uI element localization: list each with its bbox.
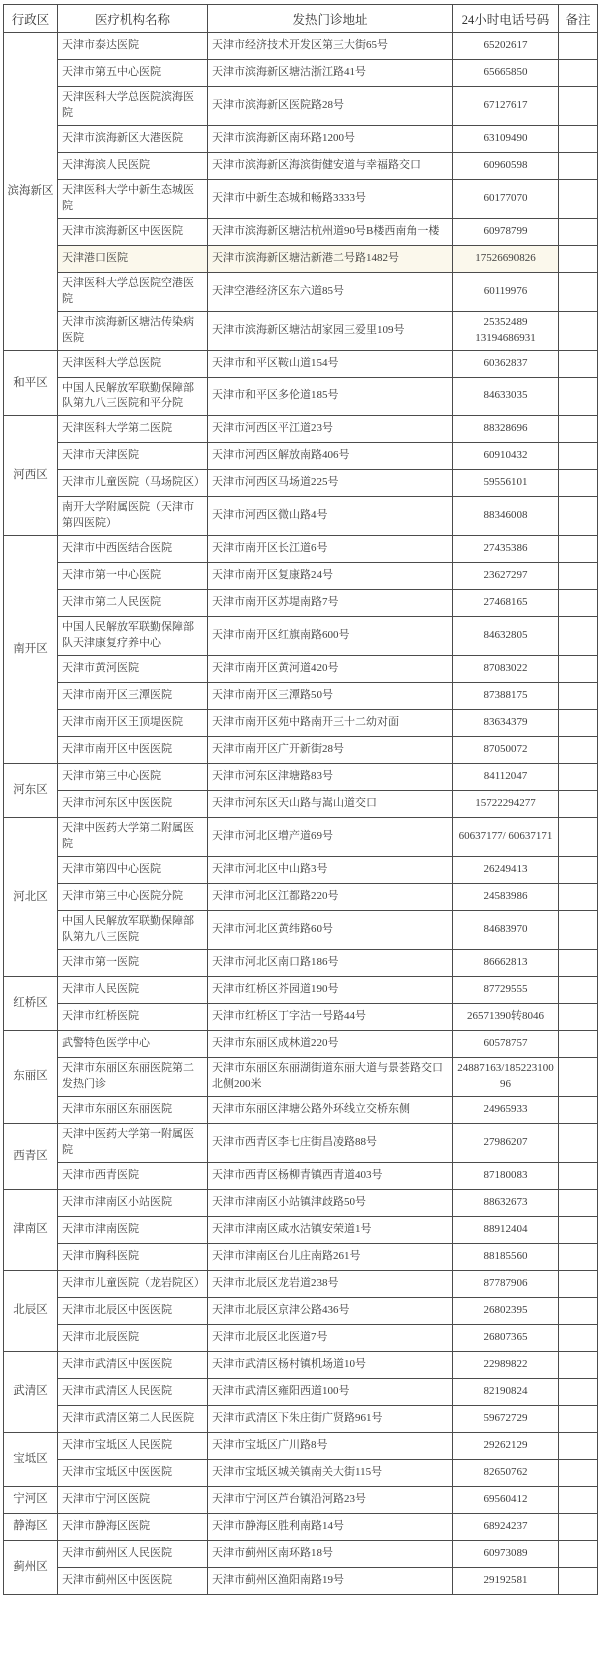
table-header-row: 行政区 医疗机构名称 发热门诊地址 24小时电话号码 备注 xyxy=(4,5,598,33)
hospital-row: 天津市滨海新区塘沽传染病医院天津市滨海新区塘沽胡家园三爱里109号2535248… xyxy=(4,311,598,350)
hospital-row: 天津市第一中心医院天津市南开区复康路24号23627297 xyxy=(4,563,598,590)
hospital-row: 天津市南开区中医医院天津市南开区广开新街28号87050072 xyxy=(4,737,598,764)
note-cell xyxy=(559,976,598,1003)
note-cell xyxy=(559,1189,598,1216)
phone-cell: 17526690826 xyxy=(453,245,559,272)
hospital-name-cell: 天津港口医院 xyxy=(58,245,208,272)
hospital-name-cell: 天津市第一中心医院 xyxy=(58,563,208,590)
hospital-name-cell: 天津市武清区第二人民医院 xyxy=(58,1405,208,1432)
hospital-row: 天津港口医院天津市滨海新区塘沽新港二号路1482号17526690826 xyxy=(4,245,598,272)
hospital-name-cell: 天津海滨人民医院 xyxy=(58,152,208,179)
note-cell xyxy=(559,1432,598,1459)
hospital-name-cell: 天津市宁河区医院 xyxy=(58,1486,208,1513)
phone-cell: 29192581 xyxy=(453,1567,559,1594)
address-cell: 天津市静海区胜利南路14号 xyxy=(208,1513,453,1540)
address-cell: 天津市滨海新区医院路28号 xyxy=(208,87,453,126)
note-cell xyxy=(559,1297,598,1324)
column-header-address: 发热门诊地址 xyxy=(208,5,453,33)
hospital-name-cell: 天津市第四中心医院 xyxy=(58,857,208,884)
address-cell: 天津市南开区苏堤南路7号 xyxy=(208,590,453,617)
phone-cell: 60362837 xyxy=(453,350,559,377)
note-cell xyxy=(559,1324,598,1351)
phone-cell: 27468165 xyxy=(453,590,559,617)
phone-cell: 26249413 xyxy=(453,857,559,884)
note-cell xyxy=(559,764,598,791)
note-cell xyxy=(559,1123,598,1162)
address-cell: 天津市河北区增产道69号 xyxy=(208,818,453,857)
hospital-name-cell: 天津市西青医院 xyxy=(58,1162,208,1189)
hospital-name-cell: 天津市第五中心医院 xyxy=(58,60,208,87)
address-cell: 天津市河西区平江道23号 xyxy=(208,416,453,443)
address-cell: 天津市河东区天山路与嵩山道交口 xyxy=(208,791,453,818)
hospital-row: 和平区天津医科大学总医院天津市和平区鞍山道154号60362837 xyxy=(4,350,598,377)
address-cell: 天津市西青区李七庄街昌凌路88号 xyxy=(208,1123,453,1162)
note-cell xyxy=(559,1243,598,1270)
fever-clinic-table: 行政区 医疗机构名称 发热门诊地址 24小时电话号码 备注 滨海新区天津市泰达医… xyxy=(3,4,598,1595)
hospital-row: 天津市东丽区东丽医院天津市东丽区津塘公路外环线立交桥东侧24965933 xyxy=(4,1096,598,1123)
phone-cell: 86662813 xyxy=(453,949,559,976)
note-cell xyxy=(559,470,598,497)
hospital-name-cell: 天津市胸科医院 xyxy=(58,1243,208,1270)
hospital-name-cell: 天津市津南医院 xyxy=(58,1216,208,1243)
hospital-name-cell: 南开大学附属医院（天津市第四医院） xyxy=(58,497,208,536)
hospital-row: 津南区天津市津南区小站医院天津市津南区小站镇津歧路50号88632673 xyxy=(4,1189,598,1216)
note-cell xyxy=(559,1096,598,1123)
district-cell: 滨海新区 xyxy=(4,33,58,351)
phone-cell: 84633035 xyxy=(453,377,559,416)
phone-cell: 60578757 xyxy=(453,1030,559,1057)
hospital-row: 西青区天津中医药大学第一附属医院天津市西青区李七庄街昌凌路88号27986207 xyxy=(4,1123,598,1162)
hospital-name-cell: 天津市津南区小站医院 xyxy=(58,1189,208,1216)
note-cell xyxy=(559,377,598,416)
note-cell xyxy=(559,683,598,710)
hospital-name-cell: 天津市红桥医院 xyxy=(58,1003,208,1030)
hospital-name-cell: 天津市第三中心医院 xyxy=(58,764,208,791)
hospital-row: 天津市第一医院天津市河北区南口路186号86662813 xyxy=(4,949,598,976)
note-cell xyxy=(559,884,598,911)
note-cell xyxy=(559,350,598,377)
phone-cell: 88912404 xyxy=(453,1216,559,1243)
address-cell: 天津市东丽区津塘公路外环线立交桥东侧 xyxy=(208,1096,453,1123)
note-cell xyxy=(559,590,598,617)
phone-cell: 88185560 xyxy=(453,1243,559,1270)
phone-cell: 87180083 xyxy=(453,1162,559,1189)
address-cell: 天津市津南区咸水沽镇安荣道1号 xyxy=(208,1216,453,1243)
phone-cell: 87729555 xyxy=(453,976,559,1003)
district-cell: 红桥区 xyxy=(4,976,58,1030)
phone-cell: 24583986 xyxy=(453,884,559,911)
note-cell xyxy=(559,710,598,737)
hospital-name-cell: 天津医科大学第二医院 xyxy=(58,416,208,443)
phone-cell: 84632805 xyxy=(453,617,559,656)
district-cell: 河西区 xyxy=(4,416,58,536)
address-cell: 天津市东丽区成林道220号 xyxy=(208,1030,453,1057)
address-cell: 天津市津南区小站镇津歧路50号 xyxy=(208,1189,453,1216)
hospital-name-cell: 天津市人民医院 xyxy=(58,976,208,1003)
hospital-row: 天津市天津医院天津市河西区解放南路406号60910432 xyxy=(4,443,598,470)
address-cell: 天津市经济技术开发区第三大街65号 xyxy=(208,33,453,60)
hospital-row: 宁河区天津市宁河区医院天津市宁河区芦台镇沿河路23号69560412 xyxy=(4,1486,598,1513)
hospital-name-cell: 天津中医药大学第二附属医院 xyxy=(58,818,208,857)
note-cell xyxy=(559,1540,598,1567)
address-cell: 天津市北辰区龙岩道238号 xyxy=(208,1270,453,1297)
phone-cell: 25352489 13194686931 xyxy=(453,311,559,350)
hospital-name-cell: 天津市武清区中医医院 xyxy=(58,1351,208,1378)
hospital-row: 天津医科大学中新生态城医院天津市中新生态城和畅路3333号60177070 xyxy=(4,179,598,218)
address-cell: 天津市南开区苑中路南开三十二幼对面 xyxy=(208,710,453,737)
phone-cell: 24965933 xyxy=(453,1096,559,1123)
address-cell: 天津市河北区南口路186号 xyxy=(208,949,453,976)
hospital-row: 天津市第四中心医院天津市河北区中山路3号26249413 xyxy=(4,857,598,884)
address-cell: 天津市河西区马场道225号 xyxy=(208,470,453,497)
phone-cell: 24887163/18522310096 xyxy=(453,1057,559,1096)
column-header-note: 备注 xyxy=(559,5,598,33)
address-cell: 天津市宝坻区广川路8号 xyxy=(208,1432,453,1459)
hospital-row: 天津市河东区中医医院天津市河东区天山路与嵩山道交口15722294277 xyxy=(4,791,598,818)
address-cell: 天津市西青区杨柳青镇西青道403号 xyxy=(208,1162,453,1189)
address-cell: 天津市南开区红旗南路600号 xyxy=(208,617,453,656)
phone-cell: 84683970 xyxy=(453,911,559,950)
note-cell xyxy=(559,152,598,179)
hospital-name-cell: 中国人民解放军联勤保障部队第九八三医院和平分院 xyxy=(58,377,208,416)
phone-cell: 27986207 xyxy=(453,1123,559,1162)
note-cell xyxy=(559,1003,598,1030)
district-cell: 静海区 xyxy=(4,1513,58,1540)
hospital-name-cell: 中国人民解放军联勤保障部队天津康复疗养中心 xyxy=(58,617,208,656)
note-cell xyxy=(559,1486,598,1513)
address-cell: 天津市和平区多伦道185号 xyxy=(208,377,453,416)
address-cell: 天津市河西区微山路4号 xyxy=(208,497,453,536)
phone-cell: 88346008 xyxy=(453,497,559,536)
hospital-row: 南开大学附属医院（天津市第四医院）天津市河西区微山路4号88346008 xyxy=(4,497,598,536)
hospital-row: 天津海滨人民医院天津市滨海新区海滨街健安道与幸福路交口60960598 xyxy=(4,152,598,179)
address-cell: 天津市滨海新区海滨街健安道与幸福路交口 xyxy=(208,152,453,179)
hospital-name-cell: 天津市第一医院 xyxy=(58,949,208,976)
district-cell: 东丽区 xyxy=(4,1030,58,1123)
phone-cell: 82190824 xyxy=(453,1378,559,1405)
hospital-row: 滨海新区天津市泰达医院天津市经济技术开发区第三大街65号65202617 xyxy=(4,33,598,60)
note-cell xyxy=(559,1567,598,1594)
address-cell: 天津市滨海新区塘沽新港二号路1482号 xyxy=(208,245,453,272)
note-cell xyxy=(559,1030,598,1057)
hospital-name-cell: 天津市泰达医院 xyxy=(58,33,208,60)
note-cell xyxy=(559,272,598,311)
phone-cell: 63109490 xyxy=(453,125,559,152)
address-cell: 天津市河北区中山路3号 xyxy=(208,857,453,884)
note-cell xyxy=(559,245,598,272)
note-cell xyxy=(559,33,598,60)
hospital-name-cell: 天津市南开区王顶堤医院 xyxy=(58,710,208,737)
phone-cell: 60177070 xyxy=(453,179,559,218)
phone-cell: 69560412 xyxy=(453,1486,559,1513)
hospital-row: 天津市滨海新区大港医院天津市滨海新区南环路1200号63109490 xyxy=(4,125,598,152)
phone-cell: 60119976 xyxy=(453,272,559,311)
phone-cell: 23627297 xyxy=(453,563,559,590)
hospital-name-cell: 天津市蓟州区中医医院 xyxy=(58,1567,208,1594)
note-cell xyxy=(559,1162,598,1189)
table-body: 滨海新区天津市泰达医院天津市经济技术开发区第三大街65号65202617天津市第… xyxy=(4,33,598,1595)
hospital-row: 天津市北辰医院天津市北辰区北医道7号26807365 xyxy=(4,1324,598,1351)
phone-cell: 83634379 xyxy=(453,710,559,737)
hospital-row: 天津市武清区人民医院天津市武清区雍阳西道100号82190824 xyxy=(4,1378,598,1405)
note-cell xyxy=(559,416,598,443)
hospital-row: 河西区天津医科大学第二医院天津市河西区平江道23号88328696 xyxy=(4,416,598,443)
note-cell xyxy=(559,87,598,126)
phone-cell: 67127617 xyxy=(453,87,559,126)
phone-cell: 60973089 xyxy=(453,1540,559,1567)
address-cell: 天津市河东区津塘路83号 xyxy=(208,764,453,791)
note-cell xyxy=(559,443,598,470)
phone-cell: 59672729 xyxy=(453,1405,559,1432)
address-cell: 天津市滨海新区南环路1200号 xyxy=(208,125,453,152)
hospital-row: 天津市胸科医院天津市津南区台儿庄南路261号88185560 xyxy=(4,1243,598,1270)
phone-cell: 65665850 xyxy=(453,60,559,87)
hospital-row: 蓟州区天津市蓟州区人民医院天津市蓟州区南环路18号60973089 xyxy=(4,1540,598,1567)
address-cell: 天津市河北区黄纬路60号 xyxy=(208,911,453,950)
district-cell: 蓟州区 xyxy=(4,1540,58,1594)
phone-cell: 68924237 xyxy=(453,1513,559,1540)
note-cell xyxy=(559,949,598,976)
phone-cell: 26802395 xyxy=(453,1297,559,1324)
note-cell xyxy=(559,497,598,536)
hospital-row: 天津市滨海新区中医医院天津市滨海新区塘沽杭州道90号B楼西南角一楼6097879… xyxy=(4,218,598,245)
hospital-row: 天津市红桥医院天津市红桥区丁字沽一号路44号26571390转8046 xyxy=(4,1003,598,1030)
address-cell: 天津市中新生态城和畅路3333号 xyxy=(208,179,453,218)
hospital-row: 中国人民解放军联勤保障部队天津康复疗养中心天津市南开区红旗南路600号84632… xyxy=(4,617,598,656)
hospital-row: 河北区天津中医药大学第二附属医院天津市河北区增产道69号60637177/ 60… xyxy=(4,818,598,857)
address-cell: 天津市南开区黄河道420号 xyxy=(208,656,453,683)
phone-cell: 88632673 xyxy=(453,1189,559,1216)
hospital-row: 天津市第二人民医院天津市南开区苏堤南路7号27468165 xyxy=(4,590,598,617)
hospital-name-cell: 天津市第三中心医院分院 xyxy=(58,884,208,911)
hospital-name-cell: 天津市河东区中医医院 xyxy=(58,791,208,818)
note-cell xyxy=(559,179,598,218)
note-cell xyxy=(559,656,598,683)
hospital-name-cell: 天津医科大学总医院 xyxy=(58,350,208,377)
hospital-row: 红桥区天津市人民医院天津市红桥区芥园道190号87729555 xyxy=(4,976,598,1003)
note-cell xyxy=(559,311,598,350)
note-cell xyxy=(559,1378,598,1405)
hospital-name-cell: 天津医科大学中新生态城医院 xyxy=(58,179,208,218)
address-cell: 天津市武清区杨村镇机场道10号 xyxy=(208,1351,453,1378)
hospital-row: 宝坻区天津市宝坻区人民医院天津市宝坻区广川路8号29262129 xyxy=(4,1432,598,1459)
note-cell xyxy=(559,563,598,590)
phone-cell: 87388175 xyxy=(453,683,559,710)
note-cell xyxy=(559,60,598,87)
hospital-name-cell: 天津市天津医院 xyxy=(58,443,208,470)
district-cell: 北辰区 xyxy=(4,1270,58,1351)
phone-cell: 22989822 xyxy=(453,1351,559,1378)
hospital-row: 中国人民解放军联勤保障部队第九八三医院天津市河北区黄纬路60号84683970 xyxy=(4,911,598,950)
address-cell: 天津市北辰区京津公路436号 xyxy=(208,1297,453,1324)
district-cell: 河北区 xyxy=(4,818,58,977)
note-cell xyxy=(559,911,598,950)
hospital-name-cell: 天津医科大学总医院空港医院 xyxy=(58,272,208,311)
phone-cell: 60637177/ 60637171 xyxy=(453,818,559,857)
address-cell: 天津市河西区解放南路406号 xyxy=(208,443,453,470)
note-cell xyxy=(559,617,598,656)
phone-cell: 87083022 xyxy=(453,656,559,683)
address-cell: 天津市滨海新区塘沽杭州道90号B楼西南角一楼 xyxy=(208,218,453,245)
note-cell xyxy=(559,125,598,152)
hospital-row: 天津市第三中心医院分院天津市河北区江都路220号24583986 xyxy=(4,884,598,911)
note-cell xyxy=(559,791,598,818)
note-cell xyxy=(559,737,598,764)
hospital-name-cell: 天津中医药大学第一附属医院 xyxy=(58,1123,208,1162)
address-cell: 天津市南开区广开新街28号 xyxy=(208,737,453,764)
hospital-name-cell: 天津市中西医结合医院 xyxy=(58,536,208,563)
hospital-name-cell: 天津市东丽区东丽医院第二发热门诊 xyxy=(58,1057,208,1096)
address-cell: 天津市南开区复康路24号 xyxy=(208,563,453,590)
hospital-name-cell: 天津市东丽区东丽医院 xyxy=(58,1096,208,1123)
note-cell xyxy=(559,1351,598,1378)
hospital-name-cell: 天津市南开区中医医院 xyxy=(58,737,208,764)
hospital-row: 静海区天津市静海区医院天津市静海区胜利南路14号68924237 xyxy=(4,1513,598,1540)
address-cell: 天津市蓟州区渔阳南路19号 xyxy=(208,1567,453,1594)
district-cell: 西青区 xyxy=(4,1123,58,1189)
hospital-name-cell: 天津市南开区三潭医院 xyxy=(58,683,208,710)
address-cell: 天津市河北区江都路220号 xyxy=(208,884,453,911)
address-cell: 天津市宝坻区城关镇南关大街115号 xyxy=(208,1459,453,1486)
phone-cell: 26571390转8046 xyxy=(453,1003,559,1030)
note-cell xyxy=(559,1057,598,1096)
phone-cell: 26807365 xyxy=(453,1324,559,1351)
hospital-row: 武清区天津市武清区中医医院天津市武清区杨村镇机场道10号22989822 xyxy=(4,1351,598,1378)
hospital-name-cell: 天津医科大学总医院滨海医院 xyxy=(58,87,208,126)
address-cell: 天津空港经济区东六道85号 xyxy=(208,272,453,311)
hospital-name-cell: 天津市滨海新区中医医院 xyxy=(58,218,208,245)
hospital-name-cell: 天津市第二人民医院 xyxy=(58,590,208,617)
note-cell xyxy=(559,1405,598,1432)
district-cell: 河东区 xyxy=(4,764,58,818)
hospital-row: 天津市东丽区东丽医院第二发热门诊天津市东丽区东丽湖街道东丽大道与景荟路交口北侧2… xyxy=(4,1057,598,1096)
address-cell: 天津市武清区雍阳西道100号 xyxy=(208,1378,453,1405)
address-cell: 天津市东丽区东丽湖街道东丽大道与景荟路交口北侧200米 xyxy=(208,1057,453,1096)
address-cell: 天津市蓟州区南环路18号 xyxy=(208,1540,453,1567)
hospital-row: 天津市西青医院天津市西青区杨柳青镇西青道403号87180083 xyxy=(4,1162,598,1189)
address-cell: 天津市宁河区芦台镇沿河路23号 xyxy=(208,1486,453,1513)
note-cell xyxy=(559,536,598,563)
hospital-row: 东丽区武警特色医学中心天津市东丽区成林道220号60578757 xyxy=(4,1030,598,1057)
hospital-name-cell: 天津市蓟州区人民医院 xyxy=(58,1540,208,1567)
district-cell: 津南区 xyxy=(4,1189,58,1270)
hospital-row: 天津市第五中心医院天津市滨海新区塘沽浙江路41号65665850 xyxy=(4,60,598,87)
address-cell: 天津市红桥区芥园道190号 xyxy=(208,976,453,1003)
column-header-district: 行政区 xyxy=(4,5,58,33)
fever-clinic-page: 行政区 医疗机构名称 发热门诊地址 24小时电话号码 备注 滨海新区天津市泰达医… xyxy=(0,0,600,1599)
phone-cell: 87787906 xyxy=(453,1270,559,1297)
phone-cell: 15722294277 xyxy=(453,791,559,818)
hospital-name-cell: 天津市儿童医院（马场院区） xyxy=(58,470,208,497)
hospital-name-cell: 天津市武清区人民医院 xyxy=(58,1378,208,1405)
hospital-row: 天津市南开区王顶堤医院天津市南开区苑中路南开三十二幼对面83634379 xyxy=(4,710,598,737)
hospital-row: 河东区天津市第三中心医院天津市河东区津塘路83号84112047 xyxy=(4,764,598,791)
hospital-name-cell: 武警特色医学中心 xyxy=(58,1030,208,1057)
district-cell: 宝坻区 xyxy=(4,1432,58,1486)
hospital-name-cell: 天津市儿童医院（龙岩院区） xyxy=(58,1270,208,1297)
phone-cell: 82650762 xyxy=(453,1459,559,1486)
phone-cell: 29262129 xyxy=(453,1432,559,1459)
hospital-name-cell: 中国人民解放军联勤保障部队第九八三医院 xyxy=(58,911,208,950)
note-cell xyxy=(559,1270,598,1297)
hospital-row: 南开区天津市中西医结合医院天津市南开区长江道6号27435386 xyxy=(4,536,598,563)
phone-cell: 88328696 xyxy=(453,416,559,443)
phone-cell: 60960598 xyxy=(453,152,559,179)
hospital-name-cell: 天津市北辰医院 xyxy=(58,1324,208,1351)
hospital-name-cell: 天津市宝坻区中医医院 xyxy=(58,1459,208,1486)
district-cell: 宁河区 xyxy=(4,1486,58,1513)
phone-cell: 87050072 xyxy=(453,737,559,764)
phone-cell: 60978799 xyxy=(453,218,559,245)
district-cell: 南开区 xyxy=(4,536,58,764)
hospital-row: 天津市儿童医院（马场院区）天津市河西区马场道225号59556101 xyxy=(4,470,598,497)
district-cell: 和平区 xyxy=(4,350,58,416)
hospital-name-cell: 天津市黄河医院 xyxy=(58,656,208,683)
hospital-name-cell: 天津市静海区医院 xyxy=(58,1513,208,1540)
note-cell xyxy=(559,1513,598,1540)
address-cell: 天津市滨海新区塘沽胡家园三爱里109号 xyxy=(208,311,453,350)
phone-cell: 84112047 xyxy=(453,764,559,791)
column-header-phone: 24小时电话号码 xyxy=(453,5,559,33)
hospital-name-cell: 天津市滨海新区大港医院 xyxy=(58,125,208,152)
district-cell: 武清区 xyxy=(4,1351,58,1432)
address-cell: 天津市津南区台儿庄南路261号 xyxy=(208,1243,453,1270)
hospital-row: 中国人民解放军联勤保障部队第九八三医院和平分院天津市和平区多伦道185号8463… xyxy=(4,377,598,416)
address-cell: 天津市滨海新区塘沽浙江路41号 xyxy=(208,60,453,87)
hospital-row: 天津市津南医院天津市津南区咸水沽镇安荣道1号88912404 xyxy=(4,1216,598,1243)
address-cell: 天津市武清区下朱庄街广贤路961号 xyxy=(208,1405,453,1432)
hospital-row: 天津市北辰区中医医院天津市北辰区京津公路436号26802395 xyxy=(4,1297,598,1324)
hospital-row: 天津市武清区第二人民医院天津市武清区下朱庄街广贤路961号59672729 xyxy=(4,1405,598,1432)
hospital-row: 天津医科大学总医院空港医院天津空港经济区东六道85号60119976 xyxy=(4,272,598,311)
hospital-row: 天津市宝坻区中医医院天津市宝坻区城关镇南关大街115号82650762 xyxy=(4,1459,598,1486)
note-cell xyxy=(559,1216,598,1243)
hospital-row: 天津医科大学总医院滨海医院天津市滨海新区医院路28号67127617 xyxy=(4,87,598,126)
address-cell: 天津市南开区三潭路50号 xyxy=(208,683,453,710)
address-cell: 天津市和平区鞍山道154号 xyxy=(208,350,453,377)
hospital-row: 天津市南开区三潭医院天津市南开区三潭路50号87388175 xyxy=(4,683,598,710)
hospital-name-cell: 天津市北辰区中医医院 xyxy=(58,1297,208,1324)
note-cell xyxy=(559,1459,598,1486)
note-cell xyxy=(559,218,598,245)
hospital-row: 天津市黄河医院天津市南开区黄河道420号87083022 xyxy=(4,656,598,683)
hospital-row: 天津市蓟州区中医医院天津市蓟州区渔阳南路19号29192581 xyxy=(4,1567,598,1594)
address-cell: 天津市北辰区北医道7号 xyxy=(208,1324,453,1351)
note-cell xyxy=(559,857,598,884)
address-cell: 天津市红桥区丁字沽一号路44号 xyxy=(208,1003,453,1030)
note-cell xyxy=(559,818,598,857)
hospital-row: 北辰区天津市儿童医院（龙岩院区）天津市北辰区龙岩道238号87787906 xyxy=(4,1270,598,1297)
phone-cell: 65202617 xyxy=(453,33,559,60)
hospital-name-cell: 天津市滨海新区塘沽传染病医院 xyxy=(58,311,208,350)
hospital-name-cell: 天津市宝坻区人民医院 xyxy=(58,1432,208,1459)
column-header-hospital-name: 医疗机构名称 xyxy=(58,5,208,33)
address-cell: 天津市南开区长江道6号 xyxy=(208,536,453,563)
phone-cell: 59556101 xyxy=(453,470,559,497)
phone-cell: 27435386 xyxy=(453,536,559,563)
phone-cell: 60910432 xyxy=(453,443,559,470)
